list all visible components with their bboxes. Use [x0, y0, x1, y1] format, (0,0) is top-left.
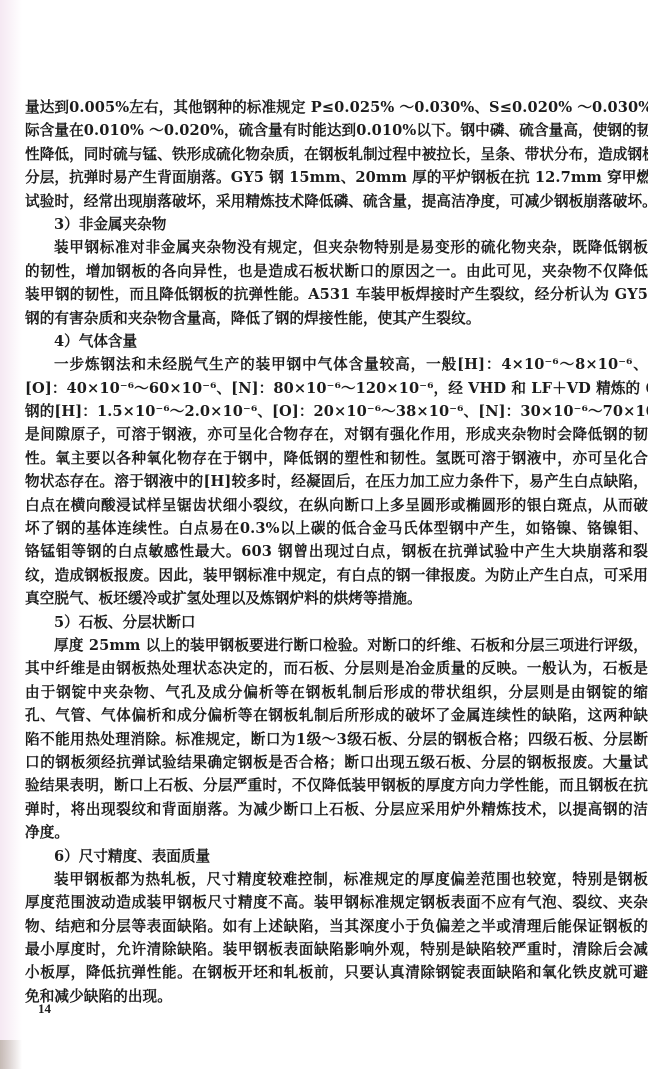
text-line: 小板厚，降低抗弹性能。在钢板开坯和轧板前，只要认真清除钢锭表面缺陷和氧化铁皮就可…: [25, 961, 648, 984]
text-line: 厚度范围波动造成装甲钢板尺寸精度不高。装甲钢标准规定钢板表面不应有气泡、裂纹、夹…: [25, 891, 648, 914]
paragraph-nonmetallic-inclusions: 装甲钢标准对非金属夹杂物没有规定，但夹杂物特别是易变形的硫化物夹杂，既降低钢板 …: [25, 236, 648, 330]
text-line: 装甲钢的韧性，而且降低钢板的抗弹性能。A531 车装甲板焊接时产生裂纹，经分析认…: [25, 283, 648, 306]
text-line: 最小厚度时，允许清除缺陷。装甲钢板表面缺陷影响外观，特别是缺陷较严重时，清除后会…: [25, 938, 648, 961]
section-heading-gas-content: 4）气体含量: [25, 330, 648, 353]
text-line: 装甲钢标准对非金属夹杂物没有规定，但夹杂物特别是易变形的硫化物夹杂，既降低钢板: [25, 236, 648, 259]
text-line: 免和减少缺陷的出现。: [25, 985, 648, 1008]
text-line: 孔、气管、气体偏析和成分偏析等在钢板轧制后所形成的破坏了金属连续性的缺陷，这两种…: [25, 704, 648, 727]
text-line: 真空脱气、板坯缓冷或扩氢处理以及炼钢炉料的烘烤等措施。: [25, 587, 648, 610]
paragraph-dimensional-accuracy: 装甲钢板都为热轧板，尺寸精度较难控制，标准规定的厚度偏差范围也较宽，特别是钢板 …: [25, 868, 648, 1008]
text-line: 其中纤维是由钢板热处理状态决定的，而石板、分层则是冶金质量的反映。一般认为，石板…: [25, 657, 648, 680]
text-line: 装甲钢板都为热轧板，尺寸精度较难控制，标准规定的厚度偏差范围也较宽，特别是钢板: [25, 868, 648, 891]
text-line: 铬锰钼等钢的白点敏感性最大。603 钢曾出现过白点，钢板在抗弹试验中产生大块崩落…: [25, 540, 648, 563]
text-line: 性降低，同时硫与锰、铁形成硫化物杂质，在钢板轧制过程中被拉长，呈条、带状分布，造…: [25, 143, 648, 166]
page-number: 14: [38, 1001, 51, 1017]
text-line: 由于钢锭中夹杂物、气孔及成分偏析等在钢板轧制后形成的带状组织，分层则是由钢锭的缩: [25, 681, 648, 704]
text-line: 净度。: [25, 821, 648, 844]
text-line: 验结果表明，断口上石板、分层严重时，不仅降低装甲钢板的厚度方向力学性能，而且钢板…: [25, 774, 648, 797]
text-line: 厚度 25mm 以上的装甲钢板要进行断口检验。对断口的纤维、石板和分层三项进行评…: [25, 634, 648, 657]
section-heading-slate-fracture: 5）石板、分层状断口: [25, 611, 648, 634]
text-line: 坏了钢的基体连续性。白点易在0.3%以上碳的低合金马氏体型钢中产生，如铬镍、铬镍…: [25, 517, 648, 540]
text-line: 试验时，经常出现崩落破坏，采用精炼技术降低磷、硫含量，提高洁净度，可减少钢板崩落…: [25, 190, 648, 213]
section-heading-nonmetallic-inclusions: 3）非金属夹杂物: [25, 213, 648, 236]
paragraph-sulfur-phosphorus: 量达到0.005%左右，其他钢种的标准规定 P≤0.025% ～0.030%、S…: [25, 96, 648, 213]
text-line: 弹时，将出现裂纹和背面崩落。为减少断口上石板、分层应采用炉外精炼技术，以提高钢的…: [25, 798, 648, 821]
section-heading-dimensional-accuracy: 6）尺寸精度、表面质量: [25, 845, 648, 868]
text-line: 白点在横向酸浸试样呈锯齿状细小裂纹，在纵向断口上多呈圆形或椭圆形的银白斑点，从而…: [25, 494, 648, 517]
paragraph-slate-fracture: 厚度 25mm 以上的装甲钢板要进行断口检验。对断口的纤维、石板和分层三项进行评…: [25, 634, 648, 845]
text-line: 是间隙原子，可溶于钢液，亦可呈化合物存在，对钢有强化作用，形成夹杂物时会降低钢的…: [25, 423, 648, 446]
text-line: 量达到0.005%左右，其他钢种的标准规定 P≤0.025% ～0.030%、S…: [25, 96, 648, 119]
text-line: 物、结疤和分层等表面缺陷。如有上述缺陷，当其深度小于负偏差之半或清理后能保证钢板…: [25, 915, 648, 938]
page-corner-shadow: [0, 1040, 22, 1069]
text-line: 的韧性，增加钢板的各向异性，也是造成石板状断口的原因之一。由此可见，夹杂物不仅降…: [25, 260, 648, 283]
text-line: 纹，造成钢板报废。因此，装甲钢标准中规定，有白点的钢一律报废。为防止产生白点，可…: [25, 564, 648, 587]
paragraph-gas-content: 一步炼钢法和未经脱气生产的装甲钢中气体含量较高，一般[H]：4×10⁻⁶～8×1…: [25, 353, 648, 610]
text-line: 钢的有害杂质和夹杂物含量高，降低了钢的焊接性能，使其产生裂纹。: [25, 307, 648, 330]
text-line: 一步炼钢法和未经脱气生产的装甲钢中气体含量较高，一般[H]：4×10⁻⁶～8×1…: [25, 353, 648, 376]
document-page: 量达到0.005%左右，其他钢种的标准规定 P≤0.025% ～0.030%、S…: [25, 96, 648, 1008]
text-line: 分层，抗弹时易产生背面崩落。GY5 钢 15mm、20mm 厚的平炉钢板在抗 1…: [25, 166, 648, 189]
text-line: [O]：40×10⁻⁶～60×10⁻⁶、[N]：80×10⁻⁶～120×10⁻⁶…: [25, 377, 648, 400]
text-line: 陷不能用热处理消除。标准规定，断口为1级～3级石板、分层的钢板合格；四级石板、分…: [25, 728, 648, 751]
text-line: 物状态存在。溶于钢液中的[H]较多时，经凝固后，在压力加工应力条件下，易产生白点…: [25, 470, 648, 493]
text-line: 际含量在0.010% ～0.020%，硫含量有时能达到0.010%以下。钢中磷、…: [25, 119, 648, 142]
text-line: 性。氧主要以各种氧化物存在于钢中，降低钢的塑性和韧性。氢既可溶于钢液中，亦可呈化…: [25, 447, 648, 470]
text-line: 口的钢板须经抗弹试验结果确定钢板是否合格；断口出现五级石板、分层的钢板报废。大量…: [25, 751, 648, 774]
text-line: 钢的[H]：1.5×10⁻⁶～2.0×10⁻⁶、[O]：20×10⁻⁶～38×1…: [25, 400, 648, 423]
page-edge-shadow: [0, 0, 22, 1069]
